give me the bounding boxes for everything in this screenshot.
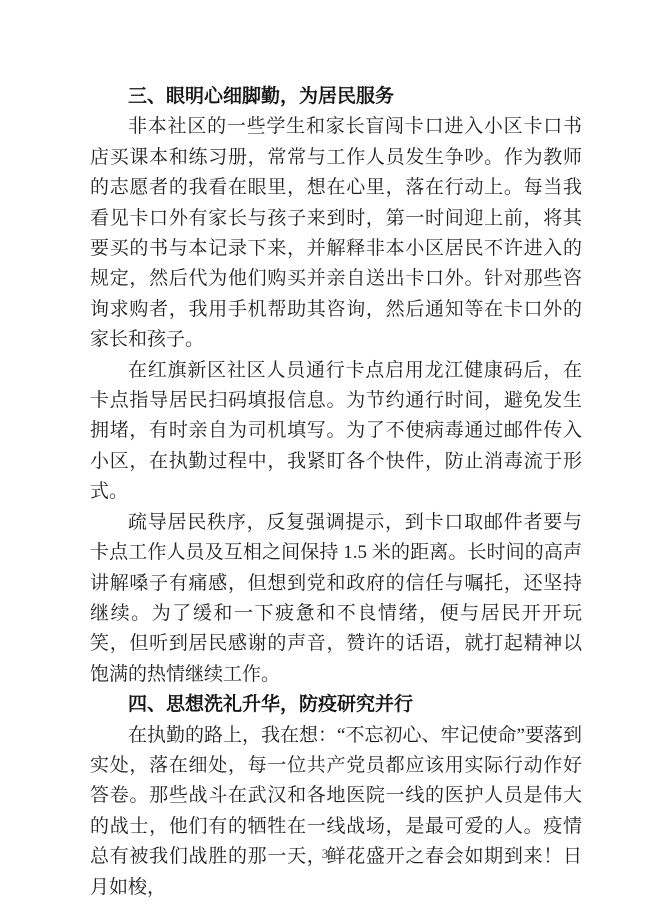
- section-heading-three: 三、眼明心细脚勤，为居民服务: [90, 82, 582, 112]
- body-paragraph: 在执勤的路上，我在想：“不忘初心、牢记使命”要落到实处，落在细处，每一位共产党员…: [90, 721, 582, 903]
- document-body: 三、眼明心细脚勤，为居民服务 非本社区的一些学生和家长盲闯卡口进入小区卡口书店买…: [90, 82, 582, 903]
- section-heading-four: 四、思想洗礼升华，防疫研究并行: [90, 690, 582, 720]
- document-page: 三、眼明心细脚勤，为居民服务 非本社区的一些学生和家长盲闯卡口进入小区卡口书店买…: [0, 0, 650, 919]
- body-paragraph: 非本社区的一些学生和家长盲闯卡口进入小区卡口书店买课本和练习册，常常与工作人员发…: [90, 112, 582, 355]
- body-paragraph: 在红旗新区社区人员通行卡点启用龙江健康码后，在卡点指导居民扫码填报信息。为节约通…: [90, 356, 582, 508]
- body-paragraph: 疏导居民秩序，反复强调提示，到卡口取邮件者要与卡点工作人员及互相之间保持 1.5…: [90, 508, 582, 690]
- page-number: 3: [0, 846, 650, 862]
